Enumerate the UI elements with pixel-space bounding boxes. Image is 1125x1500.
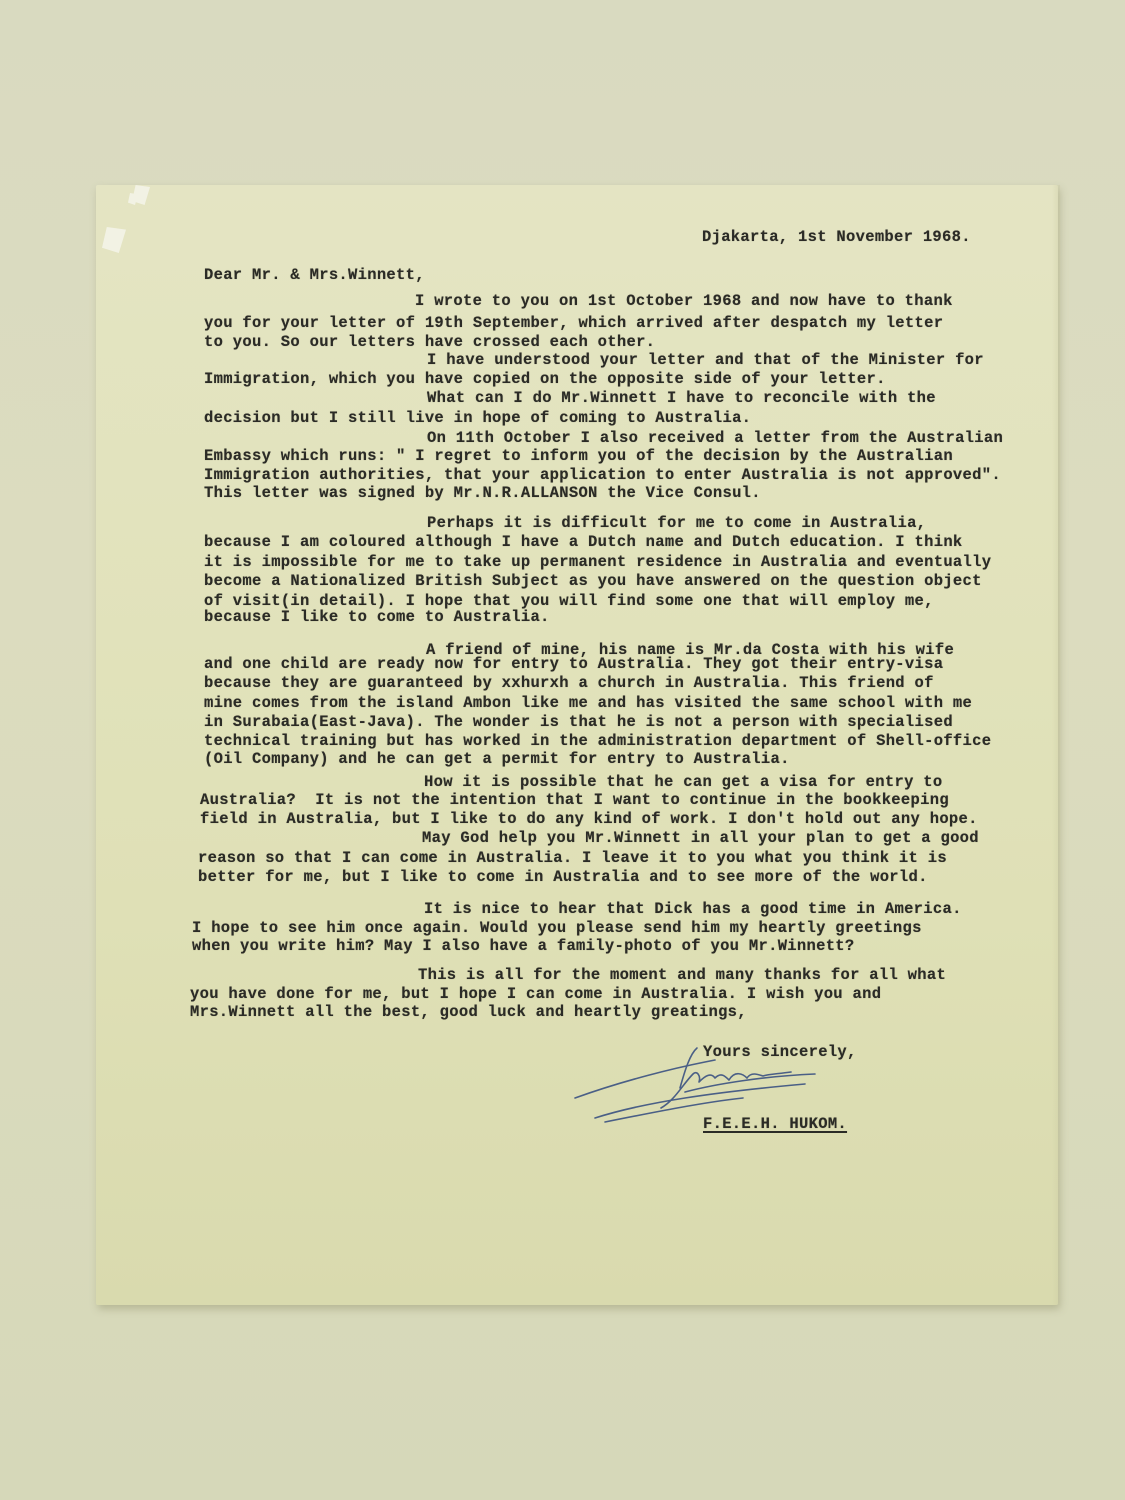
body-line: Immigration authorities, that your appli… (204, 466, 1001, 484)
body-line: May God help you Mr.Winnett in all your … (422, 829, 979, 847)
body-line: in Surabaia(East-Java). The wonder is th… (204, 713, 953, 731)
body-line: better for me, but I like to come in Aus… (198, 868, 928, 886)
paper-tear (128, 193, 138, 205)
body-line: mine comes from the island Ambon like me… (204, 694, 972, 712)
body-line: you have done for me, but I hope I can c… (190, 985, 881, 1003)
body-line: because they are guaranteed by xxhurxh a… (204, 674, 934, 692)
body-line: I wrote to you on 1st October 1968 and n… (415, 292, 953, 310)
body-line: Embassy which runs: " I regret to inform… (204, 447, 953, 465)
body-line: and one child are ready now for entry to… (204, 655, 943, 673)
body-line: it is impossible for me to take up perma… (204, 553, 991, 571)
body-line: when you write him? May I also have a fa… (192, 937, 855, 955)
place-date: Djakarta, 1st November 1968. (702, 228, 971, 246)
body-line: This is all for the moment and many than… (418, 966, 946, 984)
body-line: Immigration, which you have copied on th… (204, 370, 886, 388)
body-line: because I am coloured although I have a … (204, 533, 963, 551)
body-line: you for your letter of 19th September, w… (204, 314, 943, 332)
paper-tear (102, 227, 126, 253)
body-line: Perhaps it is difficult for me to come i… (427, 514, 926, 532)
body-line: On 11th October I also received a letter… (427, 429, 1003, 447)
body-line: to you. So our letters have crossed each… (204, 333, 655, 351)
body-line: This letter was signed by Mr.N.R.ALLANSO… (204, 484, 761, 502)
body-line: decision but I still live in hope of com… (204, 409, 751, 427)
body-line: I hope to see him once again. Would you … (192, 919, 922, 937)
body-line: technical training but has worked in the… (204, 732, 991, 750)
body-line: Australia? It is not the intention that … (200, 791, 949, 809)
body-line: field in Australia, but I like to do any… (200, 810, 978, 828)
signatory-name: F.E.E.H. HUKOM. (703, 1115, 847, 1133)
body-line: Mrs.Winnett all the best, good luck and … (190, 1003, 747, 1021)
body-line: I have understood your letter and that o… (427, 351, 984, 369)
body-line: because I like to come to Australia. (204, 608, 550, 626)
body-line: (Oil Company) and he can get a permit fo… (204, 750, 790, 768)
salutation: Dear Mr. & Mrs.Winnett, (204, 266, 425, 284)
body-line: How it is possible that he can get a vis… (424, 773, 942, 791)
body-line: become a Nationalized British Subject as… (204, 572, 982, 590)
body-line: It is nice to hear that Dick has a good … (424, 900, 962, 918)
body-line: What can I do Mr.Winnett I have to recon… (427, 389, 936, 407)
body-line: reason so that I can come in Australia. … (198, 849, 947, 867)
